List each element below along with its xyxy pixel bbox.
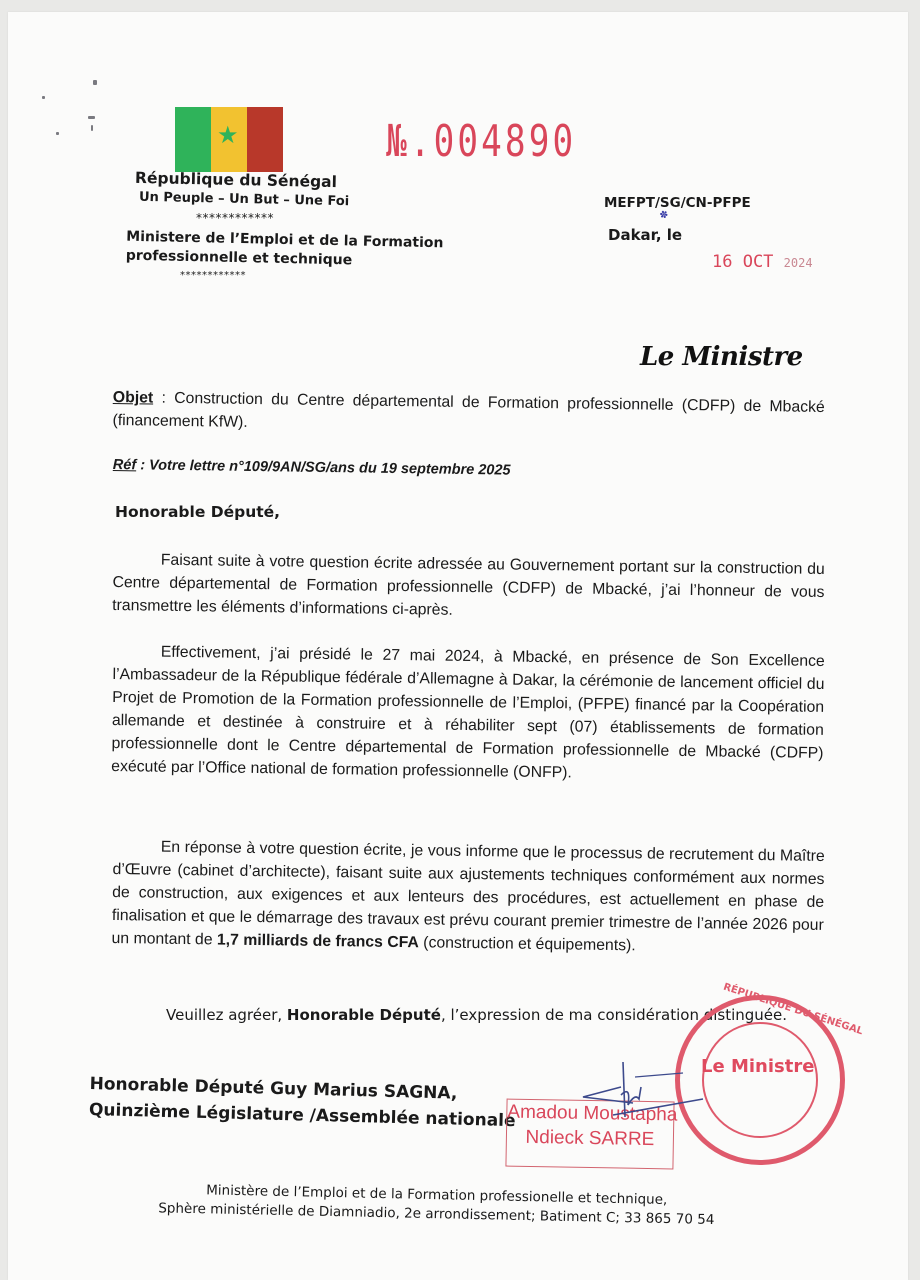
star-icon: ★ xyxy=(217,123,239,147)
paragraph-3-tail: (construction et équipements). xyxy=(419,934,636,954)
reference-line: Réf : Votre lettre n°109/9AN/SG/ans du 1… xyxy=(113,454,825,487)
closing-formula: Veuillez agréer, Honorable Député, l’exp… xyxy=(166,1006,787,1024)
date-stamp: 16 OCT 2024 xyxy=(712,252,813,272)
place-label: Dakar, le xyxy=(608,226,682,244)
flag-band-red xyxy=(247,107,283,172)
subject-label: Objet xyxy=(113,389,154,407)
senegal-flag: ★ xyxy=(175,107,283,172)
scan-speck xyxy=(56,132,59,135)
reference-label: Réf xyxy=(113,457,137,473)
scan-speck xyxy=(93,80,97,85)
date-stamp-year: 2024 xyxy=(784,256,813,270)
closing-text: Veuillez agréer, xyxy=(166,1006,287,1024)
paragraph-3: En réponse à votre question écrite, je v… xyxy=(111,835,825,960)
flag-band-green xyxy=(175,107,211,172)
subject-line: Objet : Construction du Centre départeme… xyxy=(112,386,825,442)
registration-number-stamp: №.004890 xyxy=(386,116,576,167)
paragraph-2-text: Effectivement, j’ai présidé le 27 mai 20… xyxy=(111,640,825,788)
paragraph-1-text: Faisant suite à votre question écrite ad… xyxy=(112,548,825,627)
separator: ************ xyxy=(180,270,246,281)
handwritten-signature xyxy=(573,1057,723,1127)
paragraph-2: Effectivement, j’ai présidé le 27 mai 20… xyxy=(111,640,825,788)
recipient-block: Honorable Député Guy Marius SAGNA, Quinz… xyxy=(89,1071,517,1134)
national-motto: Un Peuple – Un But – Une Foi xyxy=(139,190,350,209)
reference-code: MEFPT/SG/CN-PFPE xyxy=(604,195,751,211)
scan-speck xyxy=(88,116,95,119)
amount-highlight: 1,7 milliards de francs CFA xyxy=(217,931,419,951)
scan-speck xyxy=(42,96,45,99)
ministry-name: Ministere de l’Emploi et de la Formation… xyxy=(126,228,444,273)
date-stamp-day-month: 16 OCT xyxy=(712,252,773,272)
scan-speck xyxy=(91,125,93,131)
closing-addressee: Honorable Député xyxy=(287,1006,441,1024)
subject-text: : Construction du Centre départemental d… xyxy=(112,390,824,431)
separator: ************ xyxy=(196,211,274,225)
letter-page: ★ République du Sénégal Un Peuple – Un B… xyxy=(8,12,908,1280)
paragraph-1: Faisant suite à votre question écrite ad… xyxy=(112,548,825,627)
country-name: République du Sénégal xyxy=(135,169,337,191)
sender-title: Le Ministre xyxy=(640,342,803,372)
signatory-last-name: Ndieck SARRE xyxy=(507,1125,673,1153)
page-footer: Ministère de l’Emploi et de la Formation… xyxy=(141,1180,732,1230)
salutation: Honorable Député, xyxy=(115,503,280,521)
reference-text: : Votre lettre n°109/9AN/SG/ans du 19 se… xyxy=(136,457,511,478)
